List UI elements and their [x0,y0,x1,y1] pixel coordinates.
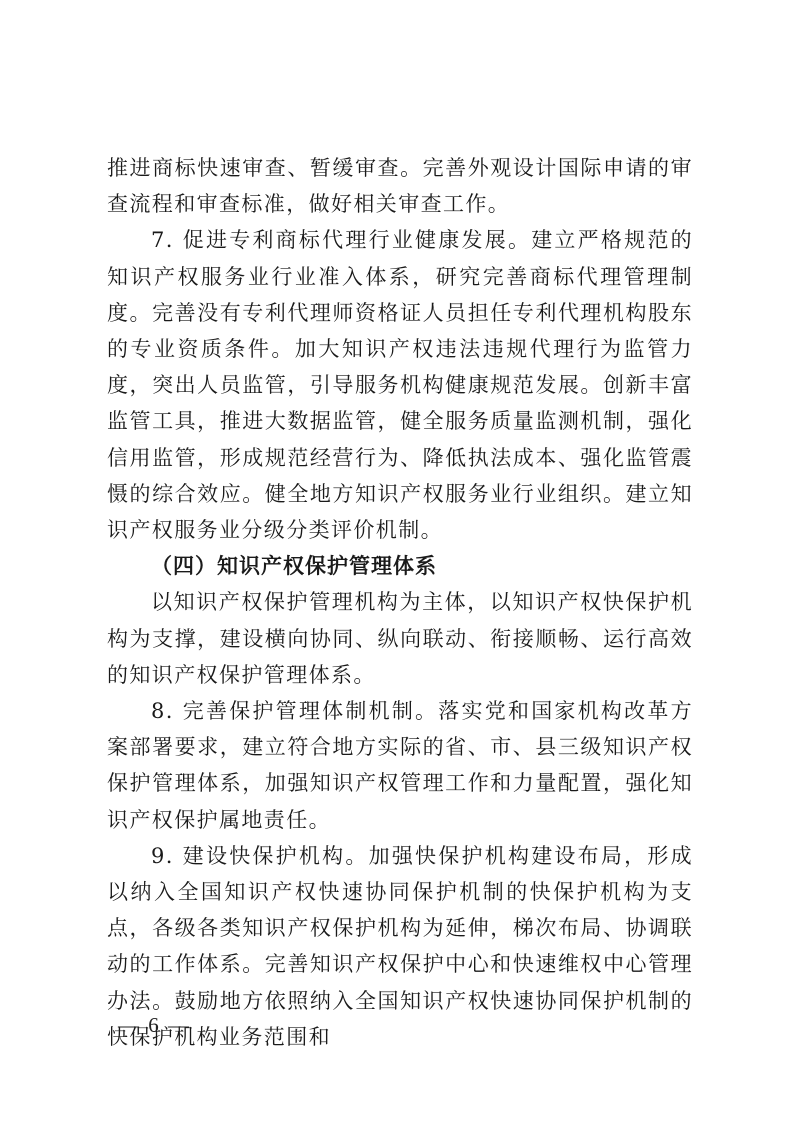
document-page: 推进商标快速审查、暂缓审查。完善外观设计国际申请的审查流程和审查标准，做好相关审… [0,0,794,1123]
paragraph-section-intro: 以知识产权保护管理机构为主体，以知识产权快保护机构为支撑，建设横向协同、纵向联动… [107,584,693,693]
paragraph-item-9: 9. 建设快保护机构。加强快保护机构建设布局，形成以纳入全国知识产权快速协同保护… [107,838,693,1055]
document-body: 推进商标快速审查、暂缓审查。完善外观设计国际申请的审查流程和审查标准，做好相关审… [107,150,693,1055]
page-number: — 6 — [118,1013,191,1038]
section-heading-4: （四）知识产权保护管理体系 [107,548,693,584]
paragraph-item-8: 8. 完善保护管理体制机制。落实党和国家机构改革方案部署要求，建立符合地方实际的… [107,693,693,838]
paragraph-item-7: 7. 促进专利商标代理行业健康发展。建立严格规范的知识产权服务业行业准入体系，研… [107,222,693,548]
paragraph-continuation: 推进商标快速审查、暂缓审查。完善外观设计国际申请的审查流程和审查标准，做好相关审… [107,150,693,222]
